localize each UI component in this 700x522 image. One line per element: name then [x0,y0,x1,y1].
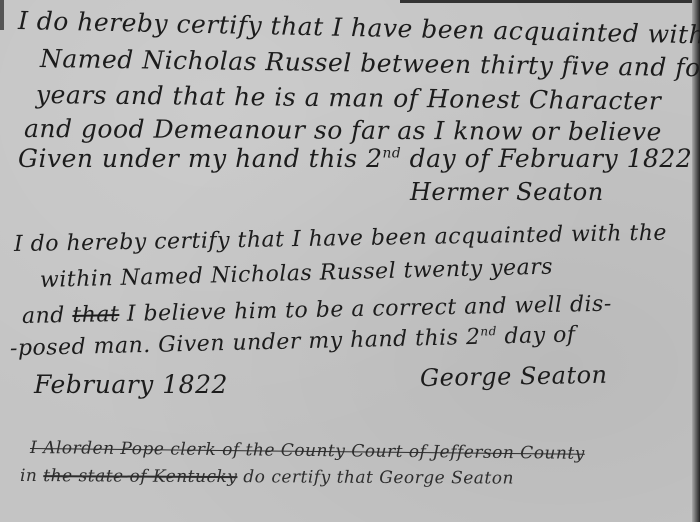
cert2-line-1: I do hereby certify that I have been acq… [14,221,667,257]
cert2-line-2: within Named Nicholas Russel twenty year… [40,255,554,293]
cert2-line-3-struck: that [72,302,119,328]
scan-edge-left [0,0,4,30]
cert1-line-5: Given under my hand this 2nd day of Febr… [18,144,692,173]
scan-edge-top [400,0,700,3]
cert1-line-3: years and that he is a man of Honest Cha… [36,80,662,116]
clerk-line-1: I Alorden Pope clerk of the County Court… [30,438,585,464]
clerk-line-2-prefix: in [20,466,43,486]
document-page: I do hereby certify that I have been acq… [0,0,700,522]
cert2-line-3-suffix: I believe him to be a correct and well d… [119,292,612,327]
cert2-line-4-suffix: day of [497,323,576,350]
cert2-line-4-ordinal: nd [480,324,497,338]
cert2-line-4: -posed man. Given under my hand this 2nd… [10,322,576,361]
cert1-line-5-prefix: Given under my hand this 2 [18,144,383,173]
cert2-line-3-prefix: and [22,303,73,329]
clerk-line-2: in the state of Kentucky do certify that… [20,466,514,489]
cert1-line-2: Named Nicholas Russel between thirty fiv… [40,44,700,83]
cert2-line-5: February 1822 [34,370,228,399]
cert2-line-4-prefix: -posed man. Given under my hand this 2 [10,325,481,361]
clerk-line-2-suffix: do certify that George Seaton [237,467,514,488]
cert1-line-5-suffix: day of February 1822 [401,144,692,173]
cert1-signature: Hermer Seaton [410,178,604,206]
cert1-line-5-ordinal: nd [383,146,402,162]
cert2-signature: George Seaton [420,361,608,392]
clerk-line-2-struck: the state of Kentucky [43,466,237,487]
cert1-line-4: and good Demeanour so far as I know or b… [24,114,662,146]
